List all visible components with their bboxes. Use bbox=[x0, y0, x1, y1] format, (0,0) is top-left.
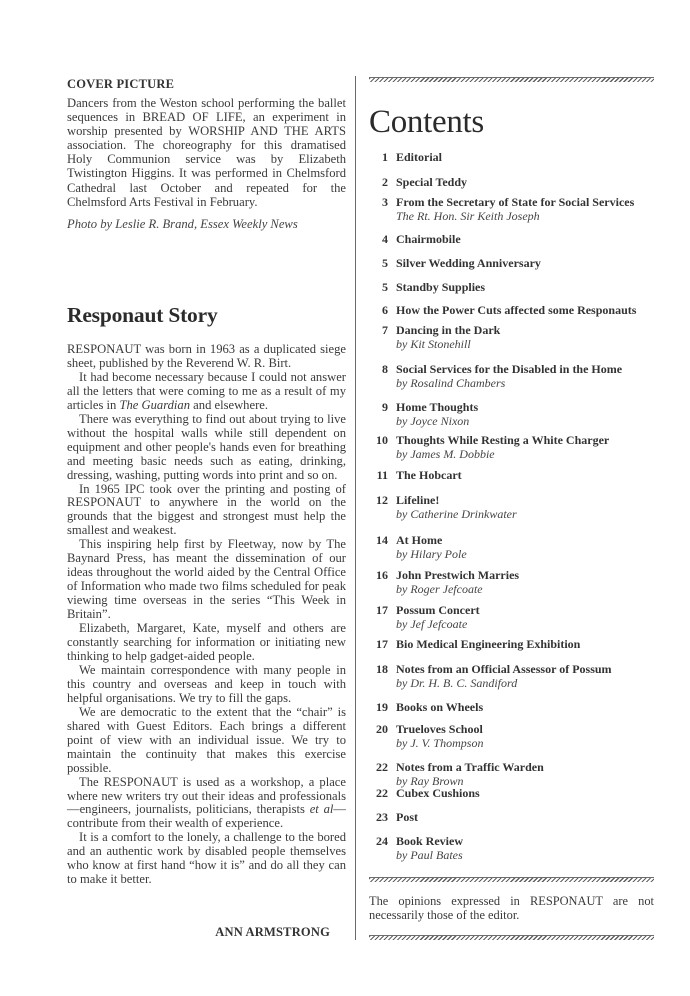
contents-heading: Contents bbox=[369, 104, 484, 141]
toc-author: by Roger Jefcoate bbox=[396, 582, 483, 597]
toc-title: Books on Wheels bbox=[396, 700, 483, 715]
toc-page-number: 10 bbox=[369, 433, 388, 448]
toc-page-number: 9 bbox=[369, 400, 388, 415]
story-paragraph: In 1965 IPC took over the printing and p… bbox=[67, 483, 346, 539]
toc-author: by Catherine Drinkwater bbox=[396, 507, 517, 522]
wavy-rule-top bbox=[369, 77, 654, 82]
toc-title: The Hobcart bbox=[396, 468, 462, 483]
cover-picture-caption: Dancers from the Weston school performin… bbox=[67, 96, 346, 209]
toc-page-number: 8 bbox=[369, 362, 388, 377]
toc-page-number: 14 bbox=[369, 533, 388, 548]
toc-title: Book Review bbox=[396, 834, 463, 849]
story-body: RESPONAUT was born in 1963 as a duplicat… bbox=[67, 343, 346, 887]
toc-author: by Hilary Pole bbox=[396, 547, 467, 562]
toc-title: Notes from an Official Assessor of Possu… bbox=[396, 662, 612, 677]
toc-title: From the Secretary of State for Social S… bbox=[396, 195, 634, 210]
story-paragraph: This inspiring help first by Fleetway, n… bbox=[67, 538, 346, 622]
toc-page-number: 1 bbox=[369, 150, 388, 165]
toc-title: How the Power Cuts affected some Respona… bbox=[396, 303, 636, 318]
toc-page-number: 17 bbox=[369, 603, 388, 618]
toc-page-number: 12 bbox=[369, 493, 388, 508]
toc-author: The Rt. Hon. Sir Keith Joseph bbox=[396, 209, 540, 224]
toc-author: by Joyce Nixon bbox=[396, 414, 469, 429]
toc-page-number: 18 bbox=[369, 662, 388, 677]
toc-page-number: 23 bbox=[369, 810, 388, 825]
toc-author: by Rosalind Chambers bbox=[396, 376, 505, 391]
toc-title: Notes from a Traffic Warden bbox=[396, 760, 544, 775]
toc-page-number: 3 bbox=[369, 195, 388, 210]
story-paragraph: Elizabeth, Margaret, Kate, myself and ot… bbox=[67, 622, 346, 664]
toc-page-number: 22 bbox=[369, 786, 388, 801]
magazine-page: COVER PICTURE Dancers from the Weston sc… bbox=[0, 0, 690, 996]
toc-title: Post bbox=[396, 810, 418, 825]
story-paragraph: We are democratic to the extent that the… bbox=[67, 706, 346, 776]
toc-page-number: 7 bbox=[369, 323, 388, 338]
story-paragraph: The RESPONAUT is used as a workshop, a p… bbox=[67, 776, 346, 832]
author-signature: ANN ARMSTRONG bbox=[67, 925, 330, 940]
editor-disclaimer: The opinions expressed in RESPONAUT are … bbox=[369, 894, 654, 922]
cover-picture-heading: COVER PICTURE bbox=[67, 77, 174, 92]
toc-title: Special Teddy bbox=[396, 175, 467, 190]
photo-credit: Photo by Leslie R. Brand, Essex Weekly N… bbox=[67, 217, 298, 232]
italic-phrase: et al bbox=[310, 802, 334, 816]
toc-page-number: 11 bbox=[369, 468, 388, 483]
story-paragraph: There was everything to find out about t… bbox=[67, 413, 346, 483]
toc-title: Silver Wedding Anniversary bbox=[396, 256, 541, 271]
story-paragraph: It is a comfort to the lonely, a challen… bbox=[67, 831, 346, 887]
toc-author: by Kit Stonehill bbox=[396, 337, 471, 352]
toc-title: Social Services for the Disabled in the … bbox=[396, 362, 622, 377]
toc-page-number: 16 bbox=[369, 568, 388, 583]
italic-phrase: The Guardian bbox=[119, 398, 190, 412]
toc-page-number: 2 bbox=[369, 175, 388, 190]
toc-title: Dancing in the Dark bbox=[396, 323, 500, 338]
toc-author: by Dr. H. B. C. Sandiford bbox=[396, 676, 517, 691]
toc-page-number: 20 bbox=[369, 722, 388, 737]
story-paragraph: It had become necessary because I could … bbox=[67, 371, 346, 413]
toc-title: Possum Concert bbox=[396, 603, 480, 618]
toc-title: John Prestwich Marries bbox=[396, 568, 519, 583]
story-paragraph: RESPONAUT was born in 1963 as a duplicat… bbox=[67, 343, 346, 371]
toc-page-number: 19 bbox=[369, 700, 388, 715]
toc-page-number: 5 bbox=[369, 280, 388, 295]
toc-page-number: 17 bbox=[369, 637, 388, 652]
toc-title: Cubex Cushions bbox=[396, 786, 480, 801]
toc-author: by Paul Bates bbox=[396, 848, 463, 863]
story-heading: Responaut Story bbox=[67, 303, 218, 328]
toc-title: Lifeline! bbox=[396, 493, 439, 508]
wavy-rule-bottom bbox=[369, 935, 654, 940]
toc-title: At Home bbox=[396, 533, 442, 548]
toc-title: Editorial bbox=[396, 150, 442, 165]
toc-author: by James M. Dobbie bbox=[396, 447, 495, 462]
toc-title: Home Thoughts bbox=[396, 400, 478, 415]
toc-author: by Jef Jefcoate bbox=[396, 617, 467, 632]
column-divider bbox=[355, 76, 356, 940]
toc-page-number: 24 bbox=[369, 834, 388, 849]
toc-page-number: 6 bbox=[369, 303, 388, 318]
toc-title: Trueloves School bbox=[396, 722, 483, 737]
story-paragraph: We maintain correspondence with many peo… bbox=[67, 664, 346, 706]
toc-title: Bio Medical Engineering Exhibition bbox=[396, 637, 580, 652]
toc-page-number: 5 bbox=[369, 256, 388, 271]
toc-title: Chairmobile bbox=[396, 232, 461, 247]
toc-author: by J. V. Thompson bbox=[396, 736, 483, 751]
toc-title: Standby Supplies bbox=[396, 280, 485, 295]
wavy-rule-middle bbox=[369, 877, 654, 882]
toc-title: Thoughts While Resting a White Charger bbox=[396, 433, 609, 448]
toc-page-number: 4 bbox=[369, 232, 388, 247]
toc-page-number: 22 bbox=[369, 760, 388, 775]
